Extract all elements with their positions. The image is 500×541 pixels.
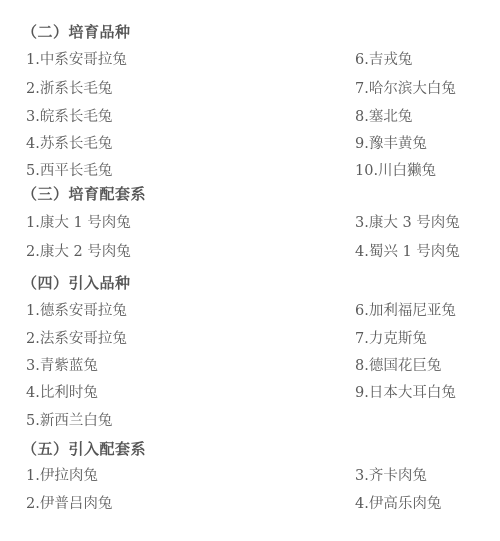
list-item: 2.法系安哥拉兔 bbox=[26, 327, 127, 348]
list-item: 9.豫丰黄兔 bbox=[355, 132, 427, 153]
list-item: 1.康大 1 号肉兔 bbox=[26, 211, 131, 232]
list-item: 2.康大 2 号肉兔 bbox=[26, 240, 131, 261]
section-heading-cultivated-lines: （三）培育配套系 bbox=[22, 183, 146, 204]
list-item: 2.浙系长毛兔 bbox=[26, 77, 112, 98]
list-item: 3.青紫蓝兔 bbox=[26, 354, 98, 375]
list-item: 10.川白獭兔 bbox=[355, 159, 436, 180]
list-item: 8.塞北兔 bbox=[355, 105, 412, 126]
list-item: 1.伊拉肉兔 bbox=[26, 464, 98, 485]
list-item: 4.比利时兔 bbox=[26, 381, 98, 402]
section-heading-introduced-lines: （五）引入配套系 bbox=[22, 438, 146, 459]
list-item: 4.蜀兴 1 号肉兔 bbox=[355, 240, 460, 261]
list-item: 7.力克斯兔 bbox=[355, 327, 427, 348]
list-item: 1.中系安哥拉兔 bbox=[26, 48, 127, 69]
list-item: 6.加利福尼亚兔 bbox=[355, 299, 456, 320]
list-item: 3.皖系长毛兔 bbox=[26, 105, 112, 126]
list-item: 6.吉戎兔 bbox=[355, 48, 412, 69]
list-item: 3.齐卡肉兔 bbox=[355, 464, 427, 485]
list-item: 4.伊高乐肉兔 bbox=[355, 492, 441, 513]
list-item: 2.伊普吕肉兔 bbox=[26, 492, 112, 513]
list-item: 3.康大 3 号肉兔 bbox=[355, 211, 460, 232]
section-heading-introduced-breeds: （四）引入品种 bbox=[22, 272, 131, 293]
list-item: 8.德国花巨兔 bbox=[355, 354, 441, 375]
list-item: 5.西平长毛兔 bbox=[26, 159, 112, 180]
list-item: 4.苏系长毛兔 bbox=[26, 132, 112, 153]
list-item: 9.日本大耳白兔 bbox=[355, 381, 456, 402]
list-item: 7.哈尔滨大白兔 bbox=[355, 77, 456, 98]
section-heading-cultivated-breeds: （二）培育品种 bbox=[22, 21, 131, 42]
list-item: 5.新西兰白兔 bbox=[26, 409, 112, 430]
list-item: 1.德系安哥拉兔 bbox=[26, 299, 127, 320]
